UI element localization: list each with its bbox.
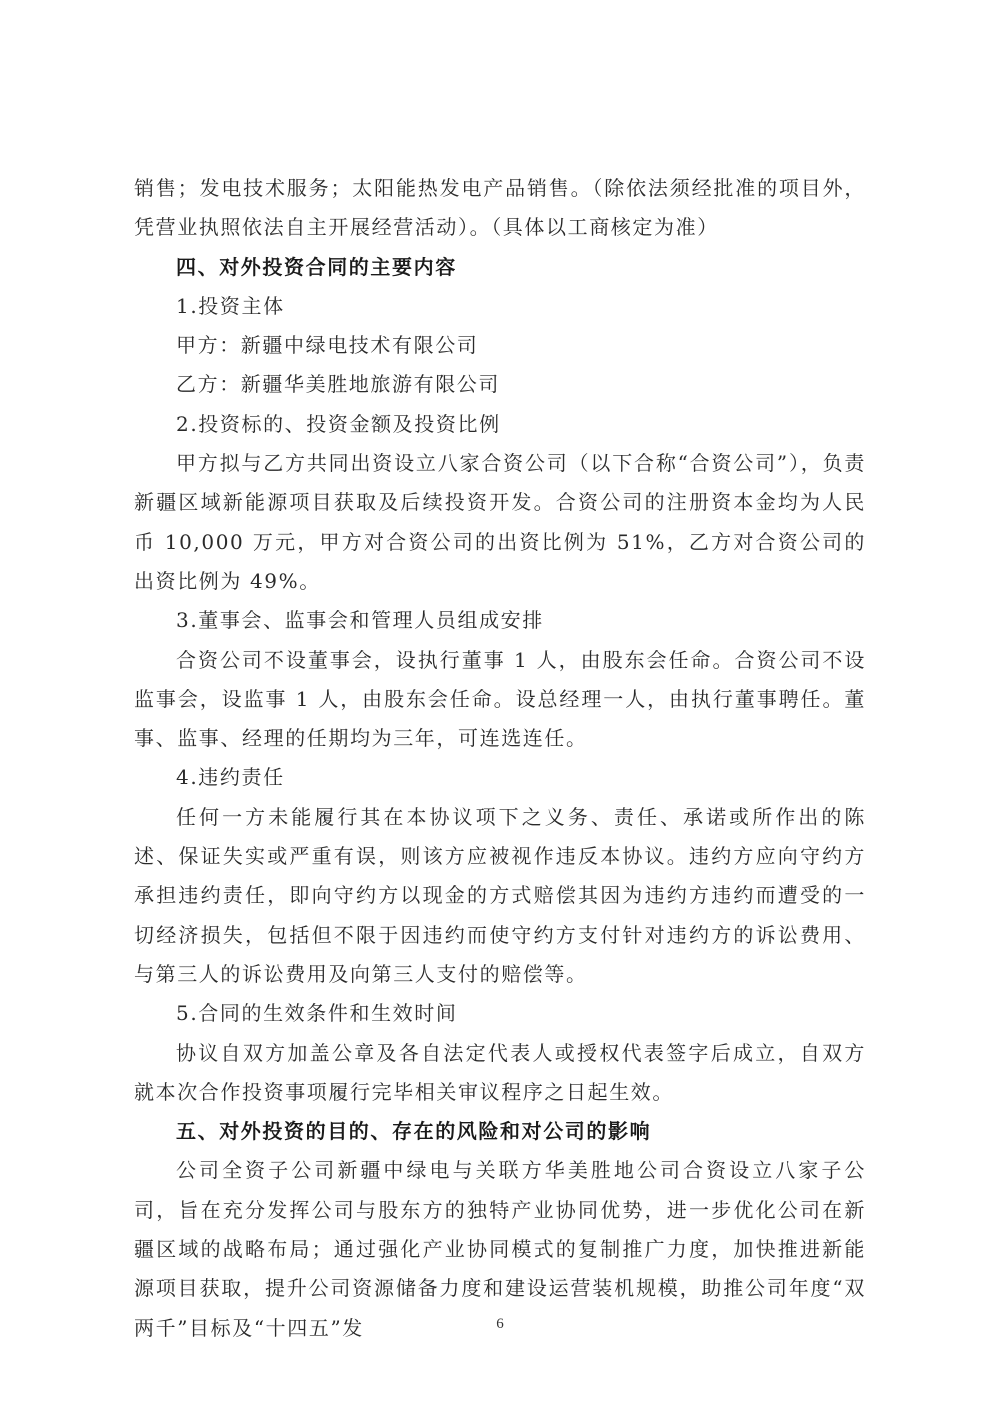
subheading-investment-target: 2.投资标的、投资金额及投资比例 bbox=[134, 405, 866, 444]
heading-section-5: 五、对外投资的目的、存在的风险和对公司的影响 bbox=[134, 1112, 866, 1151]
page-number: 6 bbox=[0, 1316, 1000, 1333]
heading-section-4: 四、对外投资合同的主要内容 bbox=[134, 248, 866, 287]
paragraph-governance: 合资公司不设董事会，设执行董事 1 人，由股东会任命。合资公司不设监事会，设监事… bbox=[134, 641, 866, 759]
paragraph-liability: 任何一方未能履行其在本协议项下之义务、责任、承诺或所作出的陈述、保证失实或严重有… bbox=[134, 798, 866, 994]
paragraph-business-scope-continued: 销售；发电技术服务；太阳能热发电产品销售。（除依法须经批准的项目外，凭营业执照依… bbox=[134, 169, 866, 248]
party-b: 乙方：新疆华美胜地旅游有限公司 bbox=[134, 365, 866, 404]
subheading-effectiveness: 5.合同的生效条件和生效时间 bbox=[134, 994, 866, 1033]
document-body: 销售；发电技术服务；太阳能热发电产品销售。（除依法须经批准的项目外，凭营业执照依… bbox=[134, 169, 866, 1348]
subheading-liability: 4.违约责任 bbox=[134, 758, 866, 797]
paragraph-investment-target: 甲方拟与乙方共同出资设立八家合资公司（以下合称“合资公司”），负责新疆区域新能源… bbox=[134, 444, 866, 601]
paragraph-effectiveness: 协议自双方加盖公章及各自法定代表人或授权代表签字后成立，自双方就本次合作投资事项… bbox=[134, 1034, 866, 1113]
party-a: 甲方：新疆中绿电技术有限公司 bbox=[134, 326, 866, 365]
subheading-investment-parties: 1.投资主体 bbox=[134, 287, 866, 326]
subheading-governance: 3.董事会、监事会和管理人员组成安排 bbox=[134, 601, 866, 640]
